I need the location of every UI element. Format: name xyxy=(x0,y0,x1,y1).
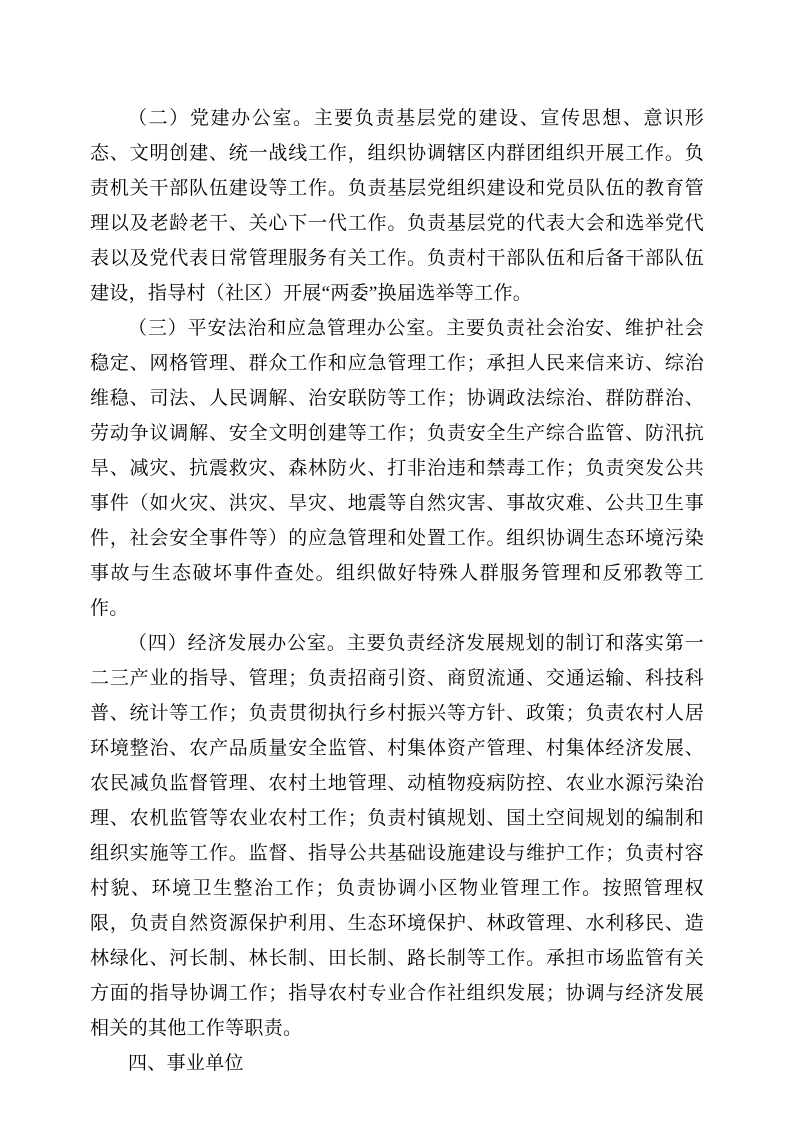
paragraph-party-building-office: （二）党建办公室。主要负责基层党的建设、宣传思想、意识形态、文明创建、统一战线工… xyxy=(90,101,704,311)
paragraph-economic-development-office: （四）经济发展办公室。主要负责经济发展规划的制订和落实第一二三产业的指导、管理；… xyxy=(90,626,704,1046)
paragraph-safety-rule-of-law-emergency-office: （三）平安法治和应急管理办公室。主要负责社会治安、维护社会稳定、网格管理、群众工… xyxy=(90,311,704,626)
document-page: （二）党建办公室。主要负责基层党的建设、宣传思想、意识形态、文明创建、统一战线工… xyxy=(0,0,793,1122)
document-body: （二）党建办公室。主要负责基层党的建设、宣传思想、意识形态、文明创建、统一战线工… xyxy=(90,101,704,1081)
section-heading-public-institutions: 四、事业单位 xyxy=(90,1046,704,1081)
